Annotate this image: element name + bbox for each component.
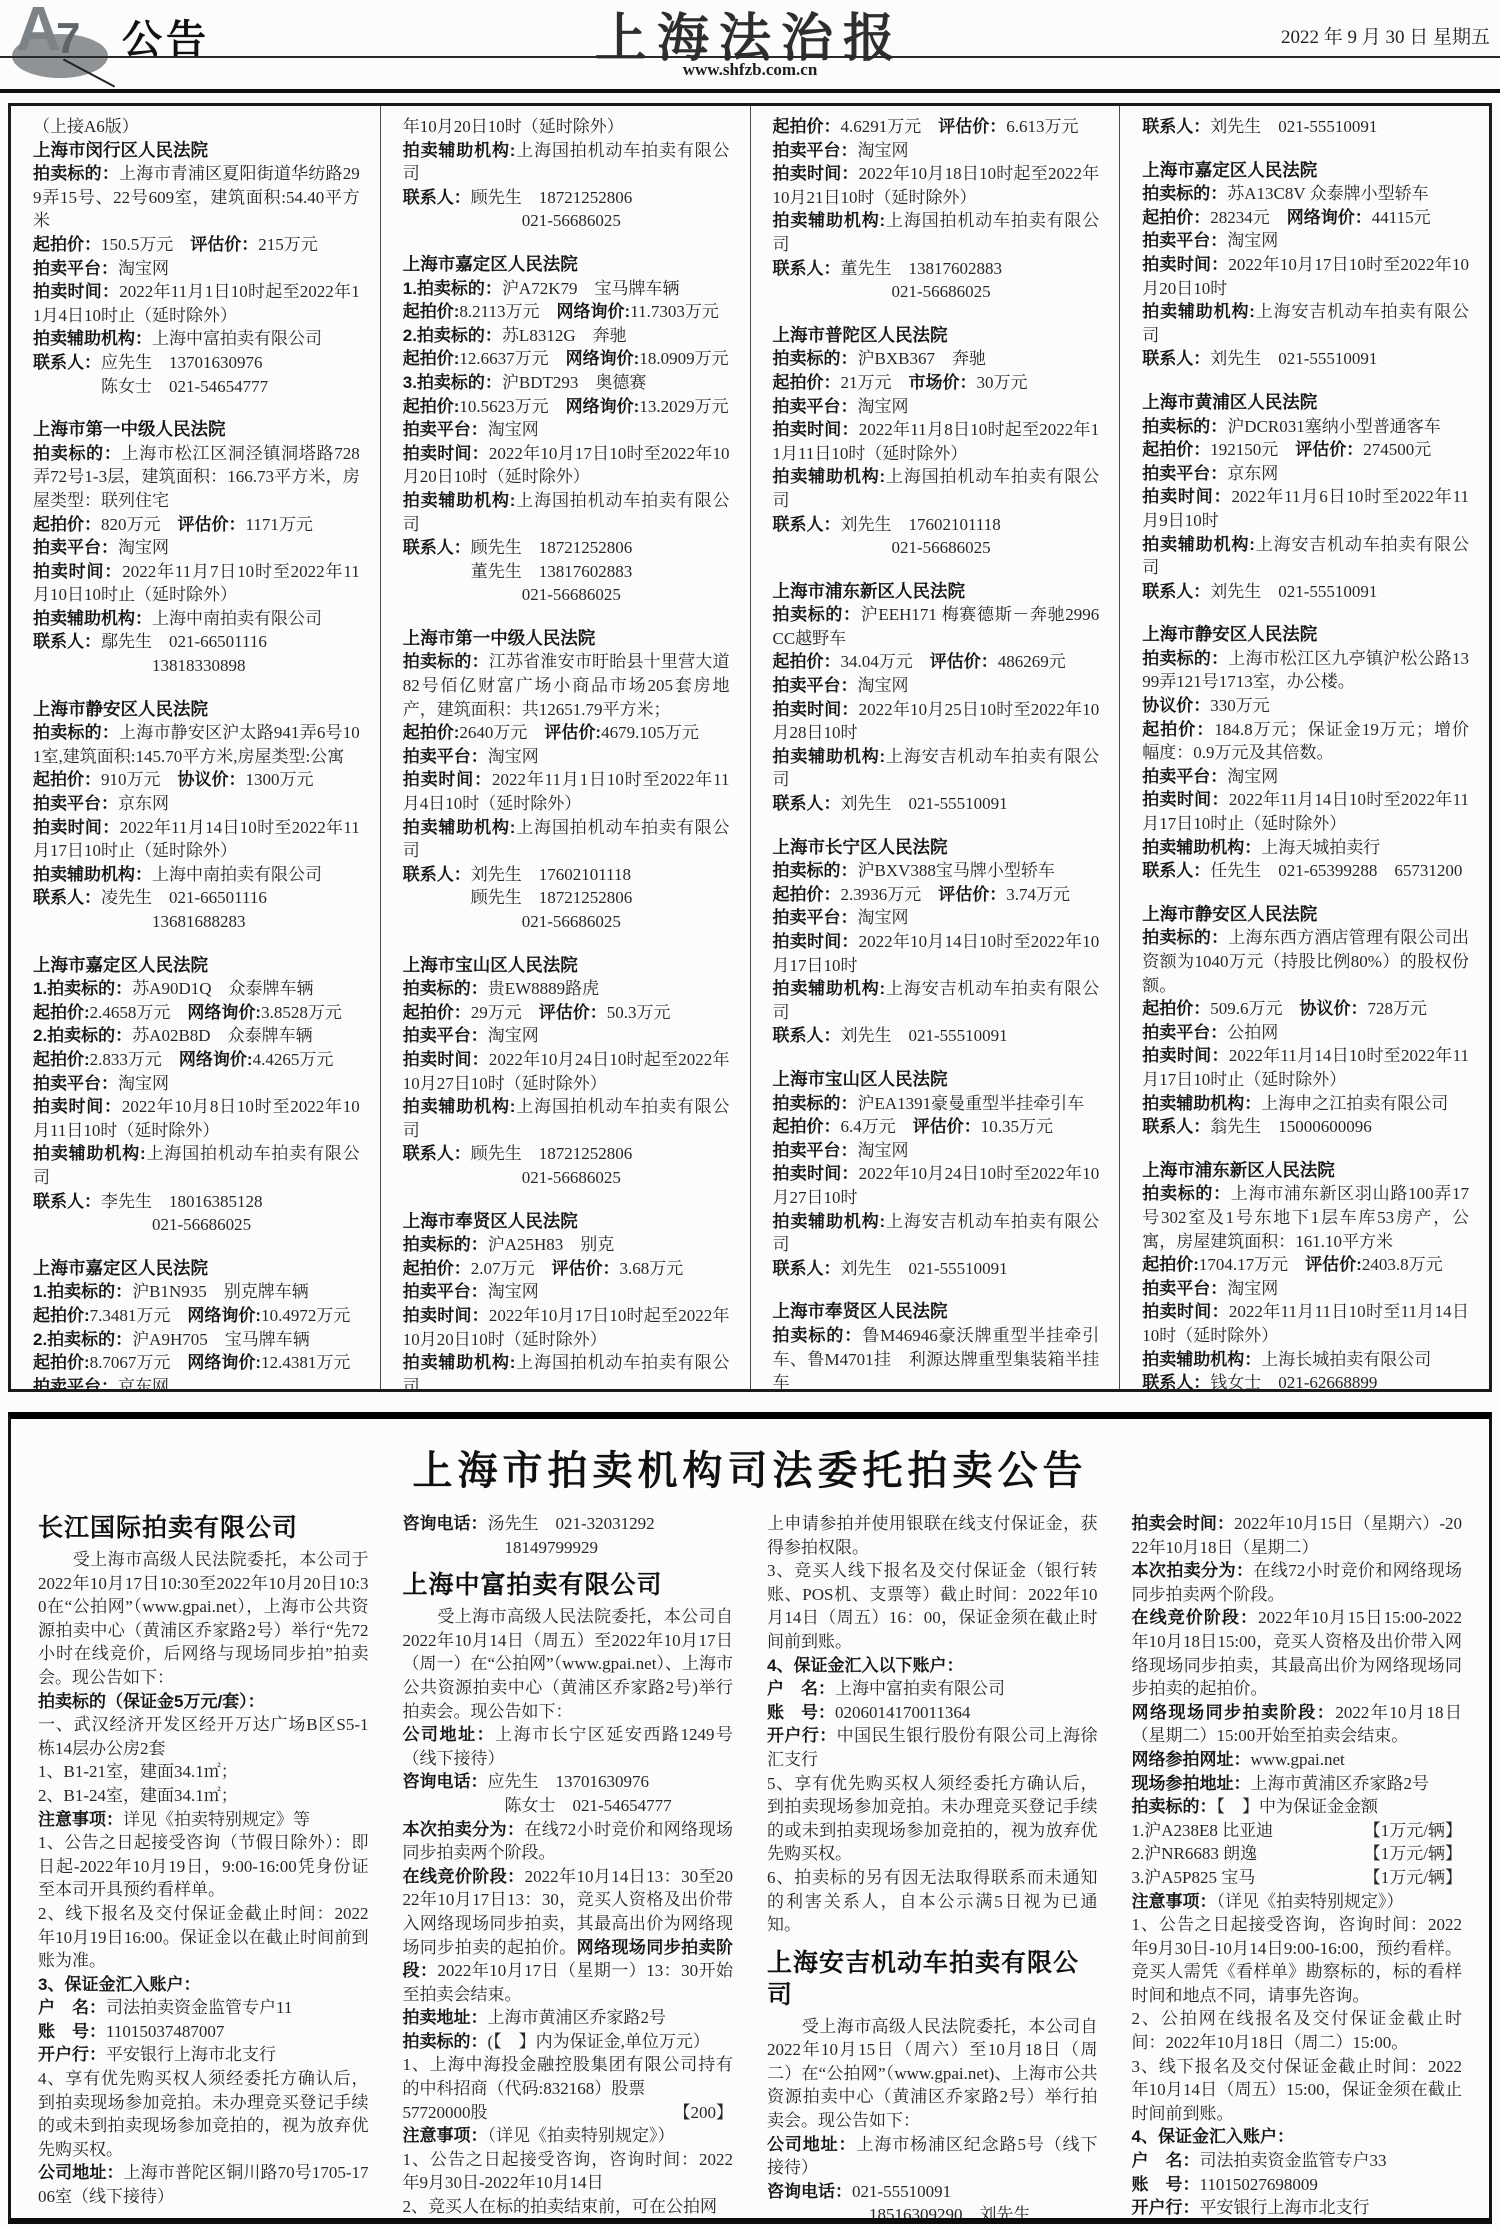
lot-deposit: 【200】 [674, 2101, 734, 2125]
notice-line: 公司地址：上海市长宁区延安西路1249号（线下接待） [403, 1723, 734, 1770]
field-label: 评估价： [190, 235, 258, 254]
field-label: 1.拍卖标的： [33, 979, 132, 998]
notice-line: 起拍价：28234元 网络询价：44115元 [1142, 206, 1469, 230]
notice-line: 在线竞价阶段：2022年10月14日13：30至2022年10月17日13：30… [403, 1865, 734, 2007]
field-label: 拍卖标的： [403, 979, 488, 998]
notice-line: 公司地址：上海市普陀区铜川路70号1705-1706室（线下接待） [38, 2161, 369, 2208]
notice-line: 拍卖标的：上海市静安区沪太路941弄6号101室,建筑面积:145.70平方米,… [33, 721, 360, 768]
field-label: 拍卖时间： [1142, 790, 1229, 809]
lot-deposit: 【1万元/辆】 [1364, 1819, 1462, 1843]
notices-column-1: （上接A6版）上海市闵行区人民法院拍卖标的：上海市青浦区夏阳街道华纺路299弄1… [11, 106, 381, 1389]
field-label: 拍卖时间： [1142, 1302, 1229, 1321]
field-label: 拍卖平台： [33, 259, 118, 278]
lot-line: 3.沪A5P825 宝马【1万元/辆】 [1132, 1866, 1463, 1890]
notice-line: 2.拍卖标的：沪A9H705 宝马牌车辆 [33, 1328, 360, 1352]
notice-line: 在线竞价阶段：2022年10月15日15:00-2022年10月18日15:00… [1132, 1606, 1463, 1700]
notice-line: 拍卖时间：2022年10月17日10时至2022年10月20日10时 [1142, 253, 1469, 300]
field-label: 起拍价： [1142, 440, 1210, 459]
notice-line: 4、保证金汇入以下账户： [767, 1654, 1098, 1678]
field-label: 起拍价： [1142, 720, 1214, 739]
field-label: 拍卖标的： [773, 349, 858, 368]
field-label: 拍卖时间： [773, 932, 859, 951]
field-label: 账 号： [38, 2022, 106, 2041]
field-label: 拍卖时间： [33, 562, 122, 581]
notice-line: 联系人：顾先生 18721252806 [403, 536, 730, 560]
field-label: 拍卖平台： [33, 1377, 118, 1389]
notice-line: 顾先生 18721252806 [403, 886, 730, 910]
notice-line: 拍卖辅助机构:上海安吉机动车拍卖有限公司 [773, 977, 1100, 1024]
field-label: 起拍价： [33, 515, 101, 534]
field-label: 2.拍卖标的： [33, 1026, 132, 1045]
notice-line: 拍卖标的：沪BXB367 奔驰 [773, 347, 1100, 371]
lot-label: 2.沪NR6683 朗逸 [1132, 1842, 1258, 1866]
field-label: 网络询价: [557, 302, 631, 321]
notice-line: 联系人：顾先生 18721252806 [403, 186, 730, 210]
lot-deposit: 【1万元/辆】 [1364, 1842, 1462, 1866]
notice-line: 拍卖平台：淘宝网 [403, 1024, 730, 1048]
notice-line: 1.拍卖标的：苏A90D1Q 众泰牌车辆 [33, 977, 360, 1001]
field-label: 联系人： [1142, 582, 1210, 601]
notices-column-2: 年10月20日10时（延时除外）拍卖辅助机构:上海国拍机动车拍卖有限公司联系人：… [381, 106, 751, 1389]
field-label: 拍卖地址： [403, 2008, 488, 2027]
field-label: 起拍价: [33, 1306, 90, 1325]
notice-line: 拍卖时间：2022年10月8日10时至2022年10月11日10时（延时除外） [33, 1095, 360, 1142]
court-heading: 上海市浦东新区人民法院 [773, 580, 1100, 604]
field-label: 拍卖平台： [773, 397, 858, 416]
notice-line: 4、保证金汇入账户： [1132, 2125, 1463, 2149]
notice-line: 起拍价:8.2113万元 网络询价:11.7303万元 [403, 300, 730, 324]
field-label: 拍卖时间： [1142, 255, 1228, 274]
field-label: 咨询电话： [403, 1772, 488, 1791]
notice-line: 拍卖平台：京东网 [1142, 462, 1469, 486]
field-label: 评估价: [1305, 1255, 1362, 1274]
notice-line: 2、B1-24室，建面34.1㎡； [38, 1784, 369, 1808]
notice-line: 拍卖时间：2022年10月18日10时起至2022年10月21日10时（延时除外… [773, 162, 1100, 209]
field-label: 联系人： [773, 259, 841, 278]
notice-line: 021-56686025 [773, 536, 1100, 560]
field-label: 拍卖辅助机构： [1142, 1094, 1261, 1113]
notice-line: 联系人：刘先生 021-55510091 [773, 1257, 1100, 1281]
notice-line: 1.拍卖标的：沪A72K79 宝马牌车辆 [403, 277, 730, 301]
notice-line: 4、享有优先购买权人须经委托方确认后，到拍卖现场参加竞拍。未办理竞买登记手续的或… [38, 2067, 369, 2161]
notice-line: 拍卖地址：上海市黄浦区乔家路2号 [403, 2006, 734, 2030]
field-label: 联系人： [403, 1144, 471, 1163]
notice-line: 拍卖标的：苏A13C8V 众泰牌小型轿车 [1142, 182, 1469, 206]
notice-line: 拍卖辅助机构：上海中南拍卖有限公司 [33, 863, 360, 887]
notice-line: 拍卖平台：淘宝网 [773, 906, 1100, 930]
notice-line: 拍卖平台：淘宝网 [403, 745, 730, 769]
notice-line: 网络现场同步拍卖阶段：2022年10月18日（星期二）15:00开始至拍卖会结束… [1132, 1701, 1463, 1748]
field-label: 本次拍卖分为： [1132, 1561, 1254, 1580]
notice-line: 注意事项：（详见《拍卖特别规定》） [403, 2124, 734, 2148]
field-label: 联系人： [33, 888, 101, 907]
field-label: 起拍价： [403, 1003, 471, 1022]
header-rule-thick [0, 89, 1500, 93]
field-label: 网络询价: [566, 349, 640, 368]
notice-line: 拍卖时间：2022年10月17日10时至2022年10月20日10时（延时除外） [403, 442, 730, 489]
notice-line: 021-56686025 [403, 583, 730, 607]
field-label: 拍卖标的： [1132, 1797, 1217, 1816]
field-label: 拍卖时间： [403, 770, 492, 789]
company-heading: 上海安吉机动车拍卖有限公司 [767, 1947, 1098, 2011]
field-label: 起拍价: [403, 302, 460, 321]
notice-line: 起拍价：509.6万元 协议价：728万元 [1142, 997, 1469, 1021]
notice-line: 起拍价：21万元 市场价：30万元 [773, 371, 1100, 395]
notice-line: 1、B1-21室，建面34.1㎡； [38, 1760, 369, 1784]
field-label: 联系人： [33, 353, 101, 372]
court-heading: 上海市奉贤区人民法院 [403, 1210, 730, 1234]
field-label: 联系人： [403, 865, 471, 884]
field-label: 网络询价： [1287, 208, 1372, 227]
notice-line: 起拍价：34.04万元 评估价：486269元 [773, 650, 1100, 674]
field-label: 1.拍卖标的： [403, 279, 502, 298]
notice-line: 联系人：刘先生 021-55510091 [1142, 347, 1469, 371]
field-label: 起拍价: [1142, 1255, 1199, 1274]
notice-line: 受上海市高级人民法院委托，本公司自2022年10月15日（周六）至10月18日（… [767, 2015, 1098, 2133]
field-label: 评估价： [938, 885, 1006, 904]
field-label: 拍卖时间： [773, 164, 859, 183]
field-label: 联系人： [1142, 861, 1210, 880]
notice-line: 起拍价：6.4万元 评估价：10.35万元 [773, 1115, 1100, 1139]
field-label: 拍卖辅助机构： [1142, 1350, 1261, 1369]
notice-line: 起拍价:12.6637万元 网络询价:18.0909万元 [403, 347, 730, 371]
field-label: 网络询价: [566, 397, 640, 416]
field-label: 起拍价: [33, 1353, 90, 1372]
field-label: 联系人： [773, 1026, 841, 1045]
notice-line: 起拍价：820万元 评估价：1171万元 [33, 513, 360, 537]
notice-line: 联系人：鄢先生 021-66501116 [33, 630, 360, 654]
field-label: 拍卖标的： [403, 652, 489, 671]
court-heading: 上海市闵行区人民法院 [33, 139, 360, 163]
agency-column-3: 上申请参拍并使用银联在线支付保证金，获得参拍权限。3、竞买人线下报名及交付保证金… [750, 1512, 1115, 2224]
notice-line: 拍卖时间：2022年10月17日10时起至2022年10月20日10时（延时除外… [403, 1304, 730, 1351]
notice-line: 起拍价：2.07万元 评估价：3.68万元 [403, 1257, 730, 1281]
field-label: 拍卖标的： [1142, 928, 1228, 947]
field-label: 拍卖标的： [1142, 184, 1227, 203]
field-label: 户 名： [38, 1998, 106, 2017]
notice-line: 拍卖辅助机构:上海安吉机动车拍卖有限公司 [773, 1210, 1100, 1257]
notice-line: 联系人：刘先生 17602101118 [773, 513, 1100, 537]
notice-line: 3、保证金汇入账户： [38, 1973, 369, 1997]
notice-line: 拍卖辅助机构：上海中富拍卖有限公司 [33, 327, 360, 351]
notice-line: 021-56686025 [403, 910, 730, 934]
field-label: 开户行： [767, 1726, 837, 1745]
notice-line: 拍卖时间：2022年11月7日10时至2022年11月10日10时止（延时除外） [33, 560, 360, 607]
notice-line: 拍卖辅助机构:上海国拍机动车拍卖有限公司 [33, 1142, 360, 1189]
notice-line: 开户行：平安银行上海市北支行 [1132, 2196, 1463, 2220]
notice-line: 021-56686025 [773, 280, 1100, 304]
notice-line: 户 名：司法拍卖资金监管专户11 [38, 1996, 369, 2020]
field-label: 拍卖辅助机构: [403, 818, 516, 837]
notice-line: 拍卖平台：淘宝网 [773, 674, 1100, 698]
notice-line: 拍卖辅助机构:上海国拍机动车拍卖有限公司 [773, 465, 1100, 512]
notice-line: 2.拍卖标的：苏L8312G 奔驰 [403, 324, 730, 348]
field-label: 注意事项： [38, 1810, 123, 1829]
field-label: 拍卖标的： [33, 444, 122, 463]
notice-line: 受上海市高级人民法院委托，本公司于2022年10月17日10:30至2022年1… [38, 1548, 369, 1690]
header-rule-thin [0, 56, 1500, 58]
field-label: 拍卖平台： [1142, 464, 1227, 483]
notice-line: 拍卖时间：2022年11月6日10时至2022年11月9日10时 [1142, 485, 1469, 532]
court-heading: 上海市宝山区人民法院 [773, 1068, 1100, 1092]
field-label: 拍卖时间： [773, 420, 859, 439]
newspaper-page: { "header": { "page_badge_letter": "A", … [0, 0, 1500, 2229]
court-heading: 上海市奉贤区人民法院 [773, 1300, 1100, 1324]
field-label: 网络询价: [187, 1353, 261, 1372]
notice-line: 拍卖标的：上海市松江区洞泾镇洞塔路728弄72号1-3层，建筑面积：166.73… [33, 442, 360, 513]
court-heading: 上海市第一中级人民法院 [33, 418, 360, 442]
field-label: 拍卖辅助机构： [33, 609, 152, 628]
notice-line: 1.拍卖标的：沪B1N935 别克牌车辆 [33, 1280, 360, 1304]
court-heading: 上海市嘉定区人民法院 [33, 954, 360, 978]
notice-line: 咨询电话：汤先生 021-32031292 [403, 1512, 734, 1536]
notice-line: 13681688283 [33, 910, 360, 934]
field-label: 拍卖标的： [773, 605, 861, 624]
notice-line: 上申请参拍并使用银联在线支付保证金，获得参拍权限。 [767, 1512, 1098, 1559]
field-label: 拍卖辅助机构: [773, 467, 886, 486]
notice-line: 拍卖时间：2022年11月14日10时至2022年11月17日10时止（延时除外… [1142, 788, 1469, 835]
notice-line: 开户行：平安银行上海市北支行 [38, 2043, 369, 2067]
field-label: 公司地址： [38, 2163, 124, 2182]
notice-line: 拍卖会时间：2022年10月15日（星期六）-2022年10月18日（星期二） [1132, 1512, 1463, 1559]
notice-line: 现场参拍地址：上海市黄浦区乔家路2号 [1132, 1772, 1463, 1796]
notice-line: 联系人：董先生 13817602883 [773, 257, 1100, 281]
field-label: 拍卖平台： [33, 1074, 118, 1093]
agency-announcements-box: 上海市拍卖机构司法委托拍卖公告 长江国际拍卖有限公司 受上海市高级人民法院委托，… [8, 1412, 1492, 2224]
field-label: 开户行： [38, 2045, 106, 2064]
newspaper-website: www.shfzb.com.cn [0, 60, 1500, 80]
notice-line: 1、公告之日起接受咨询（节假日除外）：即日起-2022年10月19日，9:00-… [38, 1831, 369, 1902]
notice-line: 注意事项：（详见《拍卖特别规定》） [1132, 1890, 1463, 1914]
notice-line: 协议价：330万元 [1142, 694, 1469, 718]
notice-line: 拍卖标的：上海东西方酒店管理有限公司出资额为1040万元（持股比例80%）的股权… [1142, 926, 1469, 997]
notice-line: 拍卖辅助机构：上海申之江拍卖有限公司 [1142, 1092, 1469, 1116]
notice-line: 联系人：刘先生 021-55510091 [1142, 115, 1469, 139]
notice-line: 拍卖平台：公拍网 [1142, 1021, 1469, 1045]
field-label: 拍卖平台： [403, 1026, 488, 1045]
field-label: 评估价： [539, 1003, 607, 1022]
field-label: 联系人： [403, 538, 471, 557]
court-heading: 上海市嘉定区人民法院 [33, 1257, 360, 1281]
field-label: 拍卖辅助机构： [33, 865, 152, 884]
notice-line: 拍卖时间：2022年11月14日10时至2022年11月17日10时止（延时除外… [33, 816, 360, 863]
agency-section-title: 上海市拍卖机构司法委托拍卖公告 [11, 1439, 1489, 1496]
field-label: 拍卖辅助机构： [33, 329, 152, 348]
field-label: 户 名： [1132, 2151, 1200, 2170]
page-header: A 7 公告 上海法治报 www.shfzb.com.cn 2022 年 9 月… [0, 0, 1500, 103]
field-label: 网络询价: [187, 1003, 261, 1022]
field-label: 拍卖标的： [1142, 1184, 1231, 1203]
field-label: 拍卖平台： [773, 676, 858, 695]
notice-line: 拍卖平台：淘宝网 [33, 257, 360, 281]
notice-line: 拍卖时间：2022年11月14日10时至2022年11月17日10时止（延时除外… [1142, 1044, 1469, 1091]
field-label: 本次拍卖分为： [403, 1820, 525, 1839]
field-label: 起拍价： [773, 1117, 841, 1136]
notice-line: 起拍价:10.5623万元 网络询价:13.2029万元 [403, 395, 730, 419]
field-label: 协议价： [1300, 999, 1368, 1018]
notice-line: 拍卖标的：沪A25H83 别克 [403, 1233, 730, 1257]
field-label: 户 名： [767, 1679, 835, 1698]
notice-line: 起拍价:2.4658万元 网络询价:3.8528万元 [33, 1001, 360, 1025]
field-label: 拍卖辅助机构: [33, 1144, 146, 1163]
field-label: 拍卖辅助机构: [1142, 535, 1255, 554]
notice-line: 账 号：11015037487007 [38, 2020, 369, 2044]
field-label: 评估价： [552, 1259, 620, 1278]
date-line: 2022 年 9 月 30 日 星期五 [1281, 22, 1490, 49]
notice-line: 拍卖时间：2022年11月1日10时至2022年11月4日10时（延时除外） [403, 768, 730, 815]
lot-line: 1.沪A238E8 比亚迪【1万元/辆】 [1132, 1819, 1463, 1843]
notice-line: 3、线下报名及交付保证金截止时间：2022年10月14日（周五）15:00，保证… [1132, 2055, 1463, 2126]
notices-column-4: 联系人：刘先生 021-55510091上海市嘉定区人民法院拍卖标的：苏A13C… [1120, 106, 1489, 1389]
field-label: 拍卖时间： [773, 700, 859, 719]
field-label: 拍卖辅助机构: [403, 1097, 516, 1116]
field-label: 评估价: [544, 723, 601, 742]
notice-line: 1、公告之日起接受咨询，咨询时间：2022年9月30日-10月14日9:00-1… [1132, 1913, 1463, 2007]
notice-line: 3、竞买人线下报名及交付保证金（银行转账、POS机、支票等）截止时间：2022年… [767, 1559, 1098, 1653]
notice-line: 拍卖标的：上海市松江区九亭镇沪松公路1399弄121号1713室，办公楼。 [1142, 647, 1469, 694]
field-label: 拍卖标的： [403, 1235, 488, 1254]
field-label: 拍卖平台： [33, 538, 118, 557]
company-heading: 长江国际拍卖有限公司 [38, 1512, 369, 1544]
notice-line: 起拍价：29万元 评估价：50.3万元 [403, 1001, 730, 1025]
field-label: 联系人： [773, 794, 841, 813]
field-label: 3、保证金汇入账户： [38, 1975, 200, 1994]
field-label: 评估价： [938, 117, 1006, 136]
field-label: 拍卖标的（保证金5万元/套）： [38, 1692, 265, 1711]
notice-line: 拍卖标的：贵EW8889路虎 [403, 977, 730, 1001]
lot-label: 3.沪A5P825 宝马 [1132, 1866, 1256, 1890]
notice-line: 账 号：11015027698009 [1132, 2173, 1463, 2197]
notice-line: 拍卖时间：2022年10月14日10时至2022年10月17日10时 [773, 930, 1100, 977]
notice-line: 拍卖平台：淘宝网 [33, 536, 360, 560]
field-label: 拍卖平台： [403, 747, 488, 766]
field-label: 注意事项： [403, 2126, 488, 2145]
notice-line: 拍卖标的：上海市浦东新区羽山路100弄17号302室及1号东地下1层车库53房产… [1142, 1182, 1469, 1253]
field-label: 拍卖标的： [403, 2032, 488, 2051]
notice-line: 1、公告之日起接受咨询，咨询时间：2022年9月30日-2022年10月14日 [403, 2148, 734, 2195]
notice-line: 拍卖辅助机构:上海国拍机动车拍卖有限公司 [403, 139, 730, 186]
field-label: 拍卖时间： [1142, 1046, 1229, 1065]
notice-line: 联系人：应先生 13701630976 [33, 351, 360, 375]
field-label: 网络参拍网址： [1132, 1750, 1251, 1769]
notice-line: 拍卖辅助机构:上海安吉机动车拍卖有限公司 [1142, 300, 1469, 347]
field-label: 拍卖会时间： [1132, 1514, 1235, 1533]
field-label: 拍卖标的： [773, 861, 858, 880]
notice-line: 联系人：翁先生 15000600096 [1142, 1115, 1469, 1139]
notice-line: 2、公拍网在线报名及交付保证金截止时间：2022年10月18日（周二）15:00… [1132, 2007, 1463, 2054]
notice-line: 6、拍卖标的另有因无法取得联系而未通知的利害关系人，自本公示满5日视为已通知。 [767, 1866, 1098, 1937]
notice-line: 拍卖辅助机构:上海国拍机动车拍卖有限公司 [403, 1095, 730, 1142]
notice-line: 拍卖时间：2022年10月25日10时至2022年10月28日10时 [773, 698, 1100, 745]
field-label: 起拍价: [33, 1050, 90, 1069]
notice-line: 一、武汉经济开发区经开万达广场B区S5-1栋14层办公房2套 [38, 1713, 369, 1760]
notice-line: 拍卖标的：沪BXV388宝马牌小型轿车 [773, 859, 1100, 883]
field-label: 拍卖标的： [773, 1326, 863, 1345]
field-label: 拍卖标的： [33, 723, 119, 742]
field-label: 市场价： [909, 373, 977, 392]
field-label: 拍卖辅助机构: [403, 1353, 516, 1372]
field-label: 起拍价: [403, 397, 460, 416]
field-label: 拍卖辅助机构: [773, 747, 886, 766]
notice-line: 注意事项：详见《拍卖特别规定》等 [38, 1808, 369, 1832]
court-heading: 上海市黄浦区人民法院 [1142, 391, 1469, 415]
field-label: 在线竞价阶段： [1132, 1608, 1259, 1627]
field-label: 拍卖辅助机构: [773, 1212, 886, 1231]
field-label: 拍卖辅助机构: [773, 211, 886, 230]
agency-column-2: 咨询电话：汤先生 021-32031292 18149799929上海中富拍卖有… [386, 1512, 751, 2224]
notice-line: 联系人：刘先生 021-55510091 [1142, 580, 1469, 604]
field-label: 起拍价： [403, 1259, 471, 1278]
notice-line: 陈女士 021-54654777 [33, 375, 360, 399]
agency-column-1: 长江国际拍卖有限公司 受上海市高级人民法院委托，本公司于2022年10月17日1… [21, 1512, 386, 2224]
field-label: 拍卖时间： [1142, 487, 1231, 506]
notice-line: 021-56686025 [33, 1213, 360, 1237]
notice-line: 起拍价:8.7067万元 网络询价:12.4381万元 [33, 1351, 360, 1375]
notice-line: 拍卖标的：【 】中为保证金金额 [1132, 1795, 1463, 1819]
notice-line: 起拍价:1704.17万元 评估价:2403.8万元 [1142, 1253, 1469, 1277]
notice-line: 021-56686025 [403, 1166, 730, 1190]
field-label: 联系人： [773, 1259, 841, 1278]
notice-line: 拍卖平台：淘宝网 [33, 1072, 360, 1096]
notice-line: 拍卖标的：沪EEH171 梅赛德斯－奔驰2996CC越野车 [773, 603, 1100, 650]
lot-line: 57720000股【200】 [403, 2101, 734, 2125]
notice-line: 年10月20日10时（延时除外） [403, 115, 730, 139]
field-label: 拍卖平台： [773, 908, 858, 927]
notice-line: 拍卖时间：2022年10月24日10时起至2022年10月27日10时（延时除外… [403, 1048, 730, 1095]
notice-line: 董先生 13817602883 [403, 560, 730, 584]
notice-line: 受上海市高级人民法院委托，本公司自2022年10月14日（周五）至2022年10… [403, 1605, 734, 1723]
notice-line: 户 名：司法拍卖资金监管专户33 [1132, 2149, 1463, 2173]
notice-line: 拍卖标的：沪DCR031塞纳小型普通客车 [1142, 415, 1469, 439]
notice-line: 拍卖时间：2022年11月1日10时起至2022年11月4日10时止（延时除外） [33, 280, 360, 327]
field-label: 公司地址： [767, 2135, 856, 2154]
notice-line: 拍卖平台：淘宝网 [773, 395, 1100, 419]
notice-line: 本次拍卖分为：在线72小时竞价和网络现场同步拍卖两个阶段。 [403, 1818, 734, 1865]
field-label: 拍卖时间： [403, 444, 489, 463]
field-label: 拍卖标的： [1142, 649, 1228, 668]
notice-line: 18516309290 刘先生 [767, 2203, 1098, 2224]
field-label: 起拍价： [1142, 999, 1210, 1018]
field-label: 起拍价： [773, 117, 841, 136]
field-label: 起拍价: [403, 723, 460, 742]
notice-line: 本次拍卖分为：在线72小时竞价和网络现场同步拍卖两个阶段。 [1132, 1559, 1463, 1606]
notice-line: 拍卖辅助机构：上海中南拍卖有限公司 [33, 607, 360, 631]
notice-line: 账 号：0206014170011364 [767, 1701, 1098, 1725]
notice-line: 拍卖辅助机构:上海国拍机动车拍卖有限公司 [403, 1351, 730, 1389]
field-label: 联系人： [773, 515, 841, 534]
field-label: 咨询电话： [767, 2182, 852, 2201]
notice-line: 拍卖时间：2022年11月8日10时起至2022年11月11日10时（延时除外） [773, 418, 1100, 465]
field-label: 起拍价： [1142, 208, 1210, 227]
lot-deposit: 【1万元/辆】 [1364, 1866, 1462, 1890]
notice-line: 联系人：刘先生 021-55510091 [773, 1024, 1100, 1048]
notice-line: 拍卖平台：淘宝网 [773, 1139, 1100, 1163]
notice-line: 联系人：钱女士 021-62668899 [1142, 1371, 1469, 1389]
notice-line: 13818330898 [33, 654, 360, 678]
field-label: 在线竞价阶段： [403, 1867, 525, 1886]
notice-line: 起拍价:2640万元 评估价:4679.105万元 [403, 721, 730, 745]
field-label: 联系人： [33, 1192, 101, 1211]
lot-label: 1.沪A238E8 比亚迪 [1132, 1819, 1274, 1843]
field-label: 联系人： [1142, 349, 1210, 368]
field-label: 拍卖辅助机构: [773, 979, 886, 998]
field-label: 起拍价： [33, 770, 101, 789]
company-heading: 上海中富拍卖有限公司 [403, 1569, 734, 1601]
court-auction-notices-box: （上接A6版）上海市闵行区人民法院拍卖标的：上海市青浦区夏阳街道华纺路299弄1… [8, 103, 1492, 1392]
field-label: 注意事项： [1132, 1892, 1217, 1911]
field-label: 起拍价： [773, 652, 841, 671]
court-heading: 上海市浦东新区人民法院 [1142, 1159, 1469, 1183]
